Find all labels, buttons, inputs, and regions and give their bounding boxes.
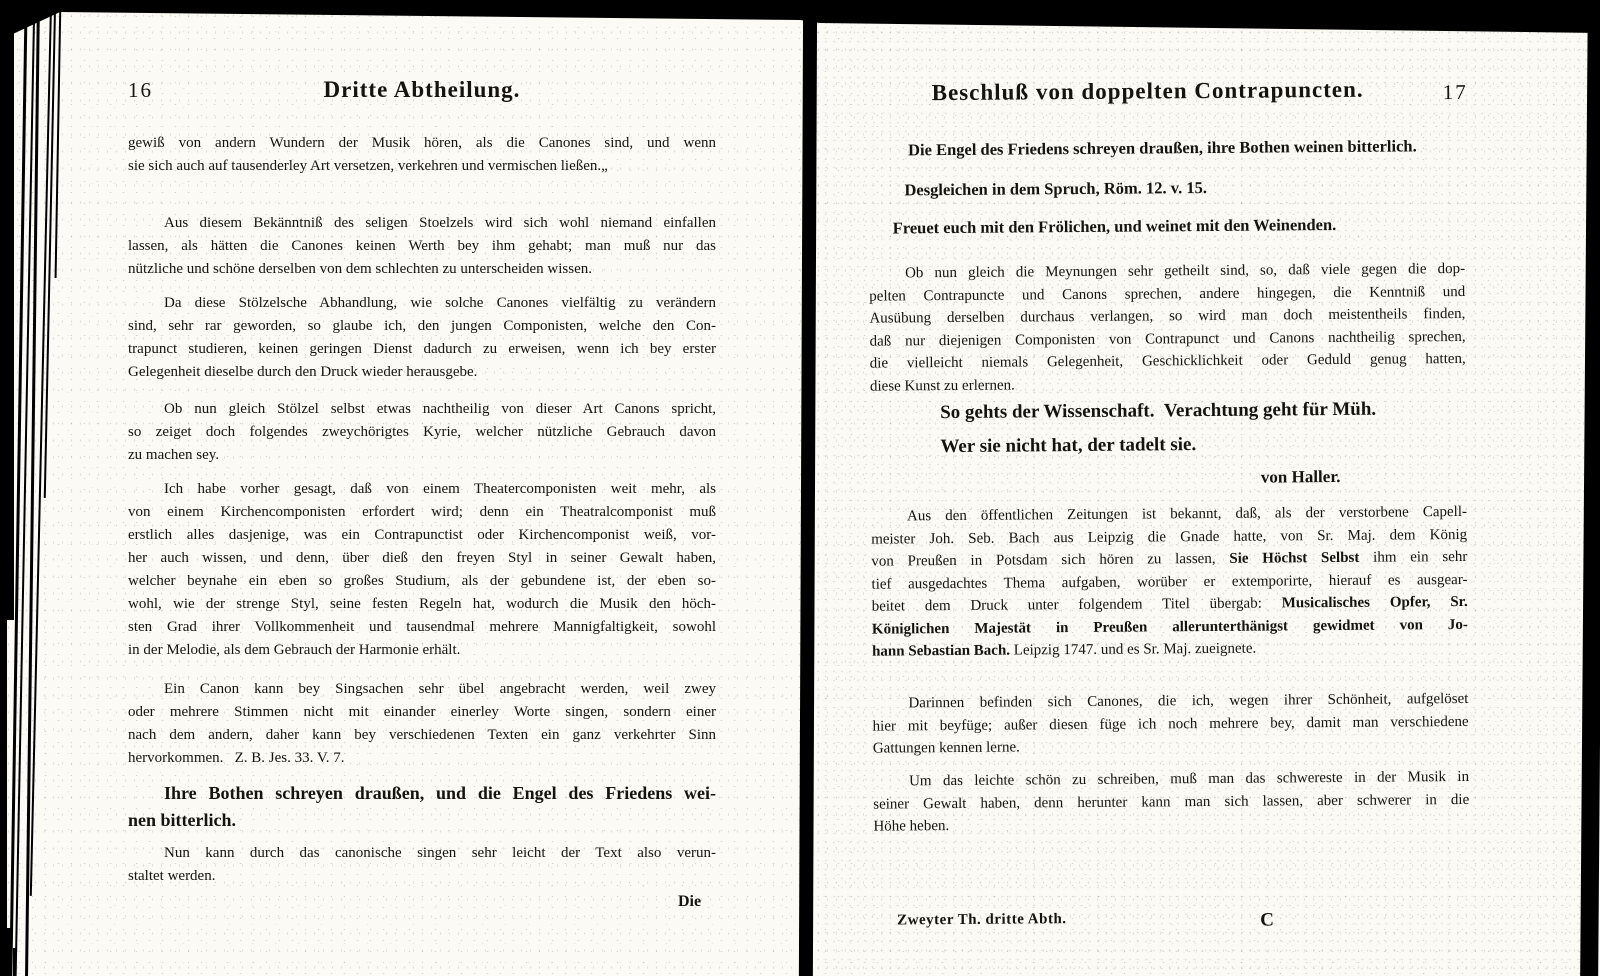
paragraph: Darinnen befinden sich Canones, die ich,… — [872, 688, 1469, 760]
text-line: her auch wissen, und denn, über dieß den… — [128, 547, 716, 570]
text-line: welcher beynahe ein eben so großes Studi… — [128, 570, 716, 593]
paragraph: Ob nun gleich die Meynungen sehr getheil… — [869, 258, 1466, 398]
text-line: die vielleicht niemals Gelegenheit, Gesc… — [870, 348, 1466, 375]
catchword: Die — [678, 893, 701, 911]
text-line: Nun kann durch das canonische singen seh… — [128, 842, 716, 865]
text-line: erstlich alles dasjenige, was ein Contra… — [128, 524, 716, 547]
text-line: sie sich auch auf tausenderley Art verse… — [128, 155, 716, 178]
text-segment: Aus den öffentlichen Zeitungen ist bekan… — [907, 504, 1467, 524]
text-line: wohl, wie der strenge Styl, seine festen… — [128, 593, 716, 616]
scripture-quote: Freuet euch mit den Frölichen, und weine… — [893, 215, 1337, 238]
emphasized-segment: Sie Höchst Selbst — [1229, 550, 1359, 567]
paragraph: Ein Canon kann bey Singsachen sehr übel … — [128, 678, 716, 770]
text-line: nützliche und schöne derselben von dem s… — [128, 258, 716, 281]
scan-bottom-left-mark — [13, 948, 16, 976]
text-line: sten Grad ihrer Vollkommenheit und tause… — [128, 616, 716, 639]
paragraph: Ich habe vorher gesagt, daß von einem Th… — [128, 478, 716, 662]
text-line: sind, sehr rar geworden, so glaube ich, … — [128, 315, 716, 338]
paragraph: gewiß von andern Wundern der Musik hören… — [128, 132, 716, 178]
work-title-segment: Musicalisches Opfer, Sr. — [1282, 594, 1468, 611]
text-line: Gattungen kennen lerne. — [873, 733, 1469, 760]
page-right-text: Beschluß von doppelten Contrapuncten. 17… — [809, 0, 1600, 976]
text-line: Königlichen Majestät in Preußen allerunt… — [872, 613, 1468, 640]
text-segment: beitet dem Druck unter folgendem Titel ü… — [872, 595, 1282, 614]
text-line: gewiß von andern Wundern der Musik hören… — [128, 132, 716, 155]
paragraph: Ob nun gleich Stölzel selbst etwas nacht… — [128, 398, 716, 467]
sheet-signature-mark: C — [1260, 909, 1274, 931]
text-line: Ich habe vorher gesagt, daß von einem Th… — [128, 478, 716, 501]
volume-footer: Zweyter Th. dritte Abth. — [897, 911, 1067, 929]
text-line: Aus diesem Bekänntniß des seligen Stoelz… — [128, 212, 716, 235]
haller-verse-line: So gehts der Wissenschaft. Verachtung ge… — [940, 399, 1376, 424]
work-title-segment: Königlichen Majestät in Preußen allerunt… — [872, 616, 1468, 637]
paragraph: Aus diesem Bekänntniß des seligen Stoelz… — [128, 212, 716, 281]
text-line: zu machen sey. — [128, 444, 716, 467]
running-head-right: Beschluß von doppelten Contrapuncten. — [868, 76, 1428, 106]
text-line: Gelegenheit dieselbe durch den Druck wie… — [128, 361, 716, 384]
text-line: Ob nun gleich Stölzel selbst etwas nacht… — [128, 398, 716, 421]
text-line: von einem Kirchencomponisten erfordert w… — [128, 501, 716, 524]
quote-attribution: von Haller. — [1151, 466, 1451, 488]
text-line: oder mehrere Stimmen nicht mit einander … — [128, 701, 716, 724]
scan-bottom-left-mark — [1, 928, 11, 976]
text-segment: tief ausgedachtes Thema aufgaben, worübe… — [871, 571, 1467, 592]
scripture-quote: Ihre Bothen schreyen draußen, und die En… — [128, 780, 716, 834]
text-line: hier mit beyfüge; außer diesen füge ich … — [873, 710, 1469, 737]
text-segment: ihm ein sehr — [1359, 549, 1467, 566]
text-line: nach dem andern, daher kann bey verschie… — [128, 724, 716, 747]
page-left: 16 Dritte Abtheilung. gewiß von andern W… — [60, 0, 805, 976]
text-line: Höhe heben. — [873, 811, 1469, 838]
text-line: hann Sebastian Bach. Leipzig 1747. und e… — [872, 636, 1468, 663]
text-line: Da diese Stölzelsche Abhandlung, wie sol… — [128, 292, 716, 315]
running-head-left: Dritte Abtheilung. — [128, 77, 716, 103]
paragraph: Nun kann durch das canonische singen seh… — [128, 842, 716, 888]
text-line: trapunct studieren, keinen geringen Dien… — [128, 338, 716, 361]
text-line: hervorkommen. Z. B. Jes. 33. V. 7. — [128, 747, 716, 770]
book-scan: 16 Dritte Abtheilung. gewiß von andern W… — [0, 0, 1600, 976]
text-segment: meister Joh. Seb. Bach aus Leipzig die G… — [871, 526, 1467, 547]
paragraph: Um das leichte schön zu schreiben, muß m… — [873, 766, 1470, 838]
scripture-quote: Die Engel des Friedens schreyen draußen,… — [908, 136, 1417, 160]
text-line: Ein Canon kann bey Singsachen sehr übel … — [128, 678, 716, 701]
page-right: Beschluß von doppelten Contrapuncten. 17… — [812, 0, 1600, 976]
bach-anecdote-paragraph: Aus den öffentlichen Zeitungen ist bekan… — [871, 501, 1468, 663]
paragraph: Da diese Stölzelsche Abhandlung, wie sol… — [128, 292, 716, 384]
text-segment: Leipzig 1747. und es Sr. Maj. zueignete. — [1010, 641, 1256, 659]
text-line: nen bitterlich. — [128, 807, 716, 834]
page-number-right: 17 — [1443, 80, 1468, 105]
text-line: staltet werden. — [128, 865, 716, 888]
scan-left-edge-artifact — [0, 0, 7, 976]
text-segment: von Preußen in Potsdam sich hören zu las… — [871, 551, 1229, 570]
text-line: lassen, als hätten die Canones keinen We… — [128, 235, 716, 258]
text-line: in der Melodie, als dem Gebrauch der Har… — [128, 639, 716, 662]
text-line: so zeiget doch folgendes zweychörigtes K… — [128, 421, 716, 444]
text-line: seiner Gewalt haben, denn herunter kann … — [873, 788, 1469, 815]
scripture-reference: Desgleichen in dem Spruch, Röm. 12. v. 1… — [904, 178, 1207, 200]
text-line: Ihre Bothen schreyen draußen, und die En… — [128, 780, 716, 807]
haller-verse-line: Wer sie nicht hat, der tadelt sie. — [940, 434, 1196, 458]
text-line: diese Kunst zu erlernen. — [870, 370, 1466, 397]
work-title-segment: hann Sebastian Bach. — [872, 643, 1010, 660]
